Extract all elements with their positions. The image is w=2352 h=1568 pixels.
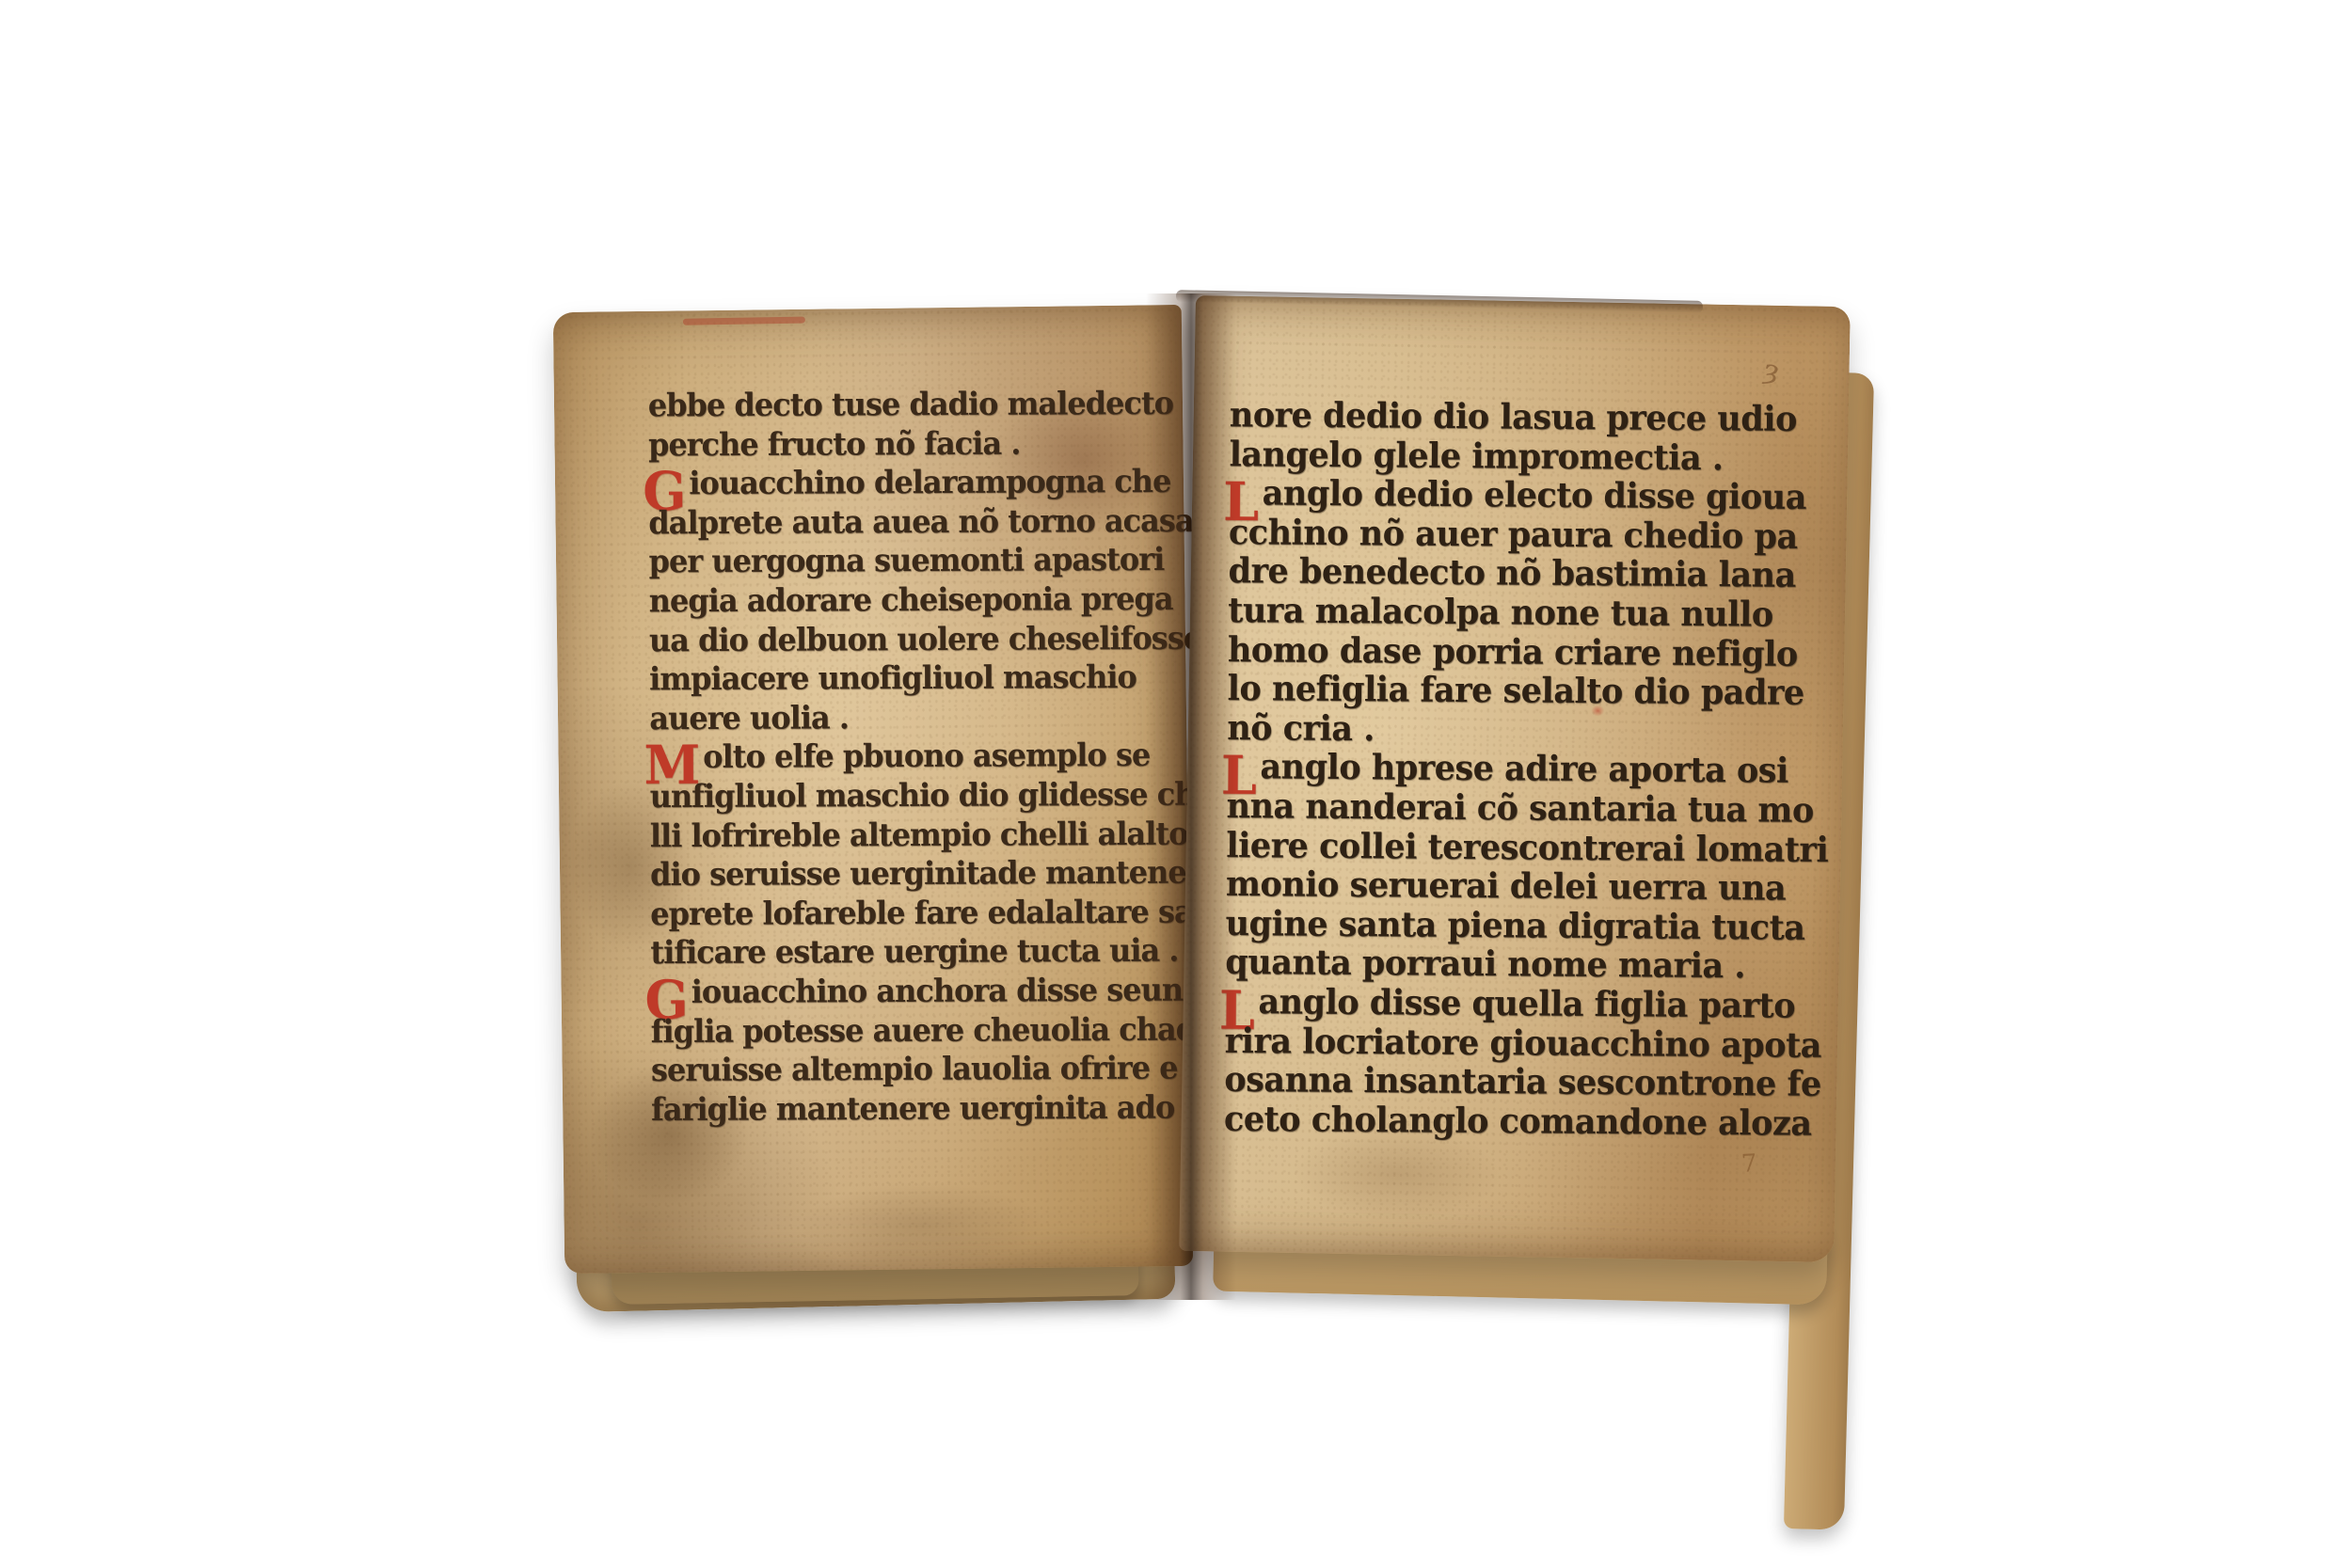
line-text: anglo hprese adire aporta osi bbox=[1260, 747, 1788, 791]
manuscript-line: auere uolia . bbox=[649, 697, 1235, 738]
line-text: dalprete auta auea nõ torno acasa bbox=[648, 501, 1193, 541]
line-text: lli lofrireble altempio chelli alalto bbox=[650, 815, 1188, 854]
line-text: rira locriatore giouacchino apota bbox=[1225, 1021, 1822, 1066]
line-text: liere collei terescontrerai lomatri bbox=[1226, 825, 1828, 870]
stain bbox=[799, 1181, 1044, 1269]
manuscript-line: seruisse altempio lauolia ofrire e bbox=[651, 1049, 1237, 1090]
line-text: quanta porraui nome maria . bbox=[1225, 942, 1745, 987]
manuscript-line: homo dase porria criare nefiglo bbox=[1228, 630, 1830, 674]
line-text: tificare estare uergine tucta uia . bbox=[650, 931, 1178, 971]
line-text: eprete lofareble fare edalaltare san bbox=[650, 893, 1214, 933]
left-page-text: ebbe decto tuse dadio maledectoperche fr… bbox=[648, 384, 1237, 1130]
manuscript-line: liere collei terescontrerai lomatri bbox=[1226, 826, 1828, 870]
line-text: ugine santa piena digratia tucta bbox=[1225, 903, 1804, 948]
manuscript-line: cchino nõ auer paura chedio pa bbox=[1229, 513, 1831, 557]
manuscript-book: ebbe decto tuse dadio maledectoperche fr… bbox=[555, 293, 1872, 1328]
line-text: iouacchino anchora disse seuna bbox=[691, 971, 1201, 1010]
manuscript-line: lli lofrireble altempio chelli alalto bbox=[650, 814, 1236, 855]
manuscript-line: osanna insantaria sescontrone fe bbox=[1224, 1060, 1826, 1104]
left-page: ebbe decto tuse dadio maledectoperche fr… bbox=[553, 305, 1193, 1274]
line-text: lo nefiglia fare selalto dio padre bbox=[1227, 669, 1804, 714]
line-text: osanna insantaria sescontrone fe bbox=[1224, 1059, 1821, 1104]
manuscript-line: fariglie mantenere uerginita ado bbox=[651, 1087, 1237, 1129]
manuscript-line: impiacere unofigliuol maschio bbox=[649, 657, 1235, 699]
manuscript-line: rira locriatore giouacchino apota bbox=[1225, 1022, 1827, 1066]
folio-mark-bottom: 7 bbox=[1740, 1149, 1757, 1179]
manuscript-line: negia adorare cheiseponia prega bbox=[649, 579, 1235, 621]
manuscript-line: nõ cria . bbox=[1227, 708, 1829, 752]
manuscript-line: ebbe decto tuse dadio maledecto bbox=[648, 384, 1234, 425]
manuscript-line: unfigliuol maschio dio glidesse che bbox=[650, 775, 1236, 816]
manuscript-line: figlia potesse auere cheuolia chadio bbox=[651, 1009, 1237, 1051]
manuscript-line: tificare estare uergine tucta uia . bbox=[650, 931, 1236, 973]
manuscript-line: Giouacchino delarampogna che bbox=[648, 462, 1234, 503]
photo-background: { "scene": { "description": "Photograph … bbox=[0, 0, 2352, 1568]
line-text: fariglie mantenere uerginita ado bbox=[651, 1088, 1174, 1128]
line-text: auere uolia . bbox=[649, 699, 849, 737]
manuscript-line: Langlo disse quella figlia parto bbox=[1225, 982, 1827, 1026]
manuscript-line: dio seruisse uerginitade mantenesse bbox=[650, 853, 1236, 895]
manuscript-line: langelo glele impromectia . bbox=[1229, 435, 1831, 479]
line-text: dio seruisse uerginitade mantenesse bbox=[650, 853, 1236, 894]
line-text: negia adorare cheiseponia prega bbox=[649, 579, 1173, 619]
manuscript-line: nore dedio dio lasua prece udio bbox=[1230, 396, 1832, 440]
line-text: ceto cholanglo comandone aloza bbox=[1224, 1099, 1812, 1144]
line-text: anglo disse quella figlia parto bbox=[1258, 981, 1795, 1026]
right-page: nore dedio dio lasua prece udiolangelo g… bbox=[1179, 295, 1851, 1262]
manuscript-line: Langlo dedio electo disse gioua bbox=[1229, 474, 1831, 518]
line-text: cchino nõ auer paura chedio pa bbox=[1229, 512, 1798, 557]
manuscript-line: dalprete auta auea nõ torno acasa bbox=[648, 501, 1234, 543]
line-text: dre benedecto nõ bastimia lana bbox=[1228, 551, 1795, 596]
manuscript-line: Langlo hprese adire aporta osi bbox=[1227, 748, 1829, 792]
manuscript-line: perche fructo nõ facia . bbox=[648, 423, 1234, 465]
manuscript-line: monio seruerai delei uerra una bbox=[1226, 865, 1828, 910]
folio-mark-top: ȝ bbox=[1760, 353, 1783, 388]
manuscript-line: tura malacolpa none tua nullo bbox=[1228, 592, 1830, 636]
line-text: homo dase porria criare nefiglo bbox=[1228, 629, 1798, 674]
line-text: ebbe decto tuse dadio maledecto bbox=[648, 384, 1173, 423]
line-text: per uergogna suemonti apastori bbox=[648, 541, 1164, 580]
line-text: impiacere unofigliuol maschio bbox=[649, 658, 1136, 698]
manuscript-line: quanta porraui nome maria . bbox=[1225, 943, 1827, 988]
line-text: unfigliuol maschio dio glidesse che bbox=[650, 775, 1214, 816]
manuscript-line: ceto cholanglo comandone aloza bbox=[1224, 1100, 1826, 1144]
manuscript-line: per uergogna suemonti apastori bbox=[648, 540, 1234, 581]
manuscript-line: eprete lofareble fare edalaltare san bbox=[650, 893, 1236, 934]
manuscript-line: Molto elfe pbuono asemplo se bbox=[649, 736, 1235, 777]
line-text: perche fructo nõ facia . bbox=[648, 424, 1021, 464]
manuscript-line: nna nanderai cõ santaria tua mo bbox=[1226, 786, 1828, 831]
line-text: figlia potesse auere cheuolia chadio bbox=[651, 1009, 1226, 1050]
line-text: monio seruerai delei uerra una bbox=[1226, 863, 1787, 909]
manuscript-line: ua dio delbuon uolere cheselifosse bbox=[649, 619, 1235, 660]
line-text: tura malacolpa none tua nullo bbox=[1228, 590, 1773, 635]
line-text: iouacchino delarampogna che bbox=[689, 463, 1170, 502]
line-text: anglo dedio electo disse gioua bbox=[1263, 473, 1806, 518]
line-text: nore dedio dio lasua prece udio bbox=[1230, 395, 1797, 440]
manuscript-line: lo nefiglia fare selalto dio padre bbox=[1227, 670, 1829, 714]
manuscript-line: ugine santa piena digratia tucta bbox=[1225, 904, 1827, 948]
right-page-text: nore dedio dio lasua prece udiolangelo g… bbox=[1224, 396, 1832, 1144]
line-text: langelo glele impromectia . bbox=[1229, 434, 1723, 478]
line-text: olto elfe pbuono asemplo se bbox=[703, 736, 1150, 776]
line-text: nna nanderai cõ santaria tua mo bbox=[1226, 785, 1813, 831]
line-text: ua dio delbuon uolere cheselifosse bbox=[649, 619, 1201, 658]
line-text: seruisse altempio lauolia ofrire e bbox=[651, 1049, 1178, 1088]
manuscript-line: dre benedecto nõ bastimia lana bbox=[1228, 552, 1830, 596]
manuscript-line: Giouacchino anchora disse seuna bbox=[650, 971, 1236, 1012]
red-edge-tint bbox=[683, 317, 805, 325]
